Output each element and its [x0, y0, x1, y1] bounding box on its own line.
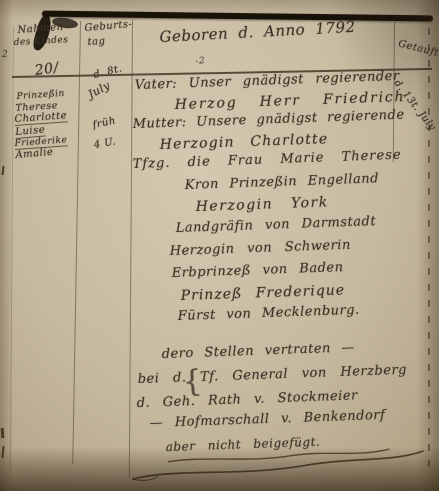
col2-divider-rule [129, 20, 133, 478]
record-line: dero Stellen vertraten — [161, 340, 355, 362]
record-line: Erbprinzeß von Baden [171, 260, 343, 281]
birth-date-line: d. 8t. [92, 63, 123, 81]
col-header-child-name-line1: Nahmen- [17, 22, 68, 36]
col1-divider-rule [72, 21, 81, 464]
col-header-birthday-line2: tag [87, 36, 106, 48]
child-name-line: Charlotte [14, 110, 67, 126]
register-page-scan: Nahmen- des Kindes Geburts- tag Geboren … [0, 0, 439, 491]
table-right-rule [428, 28, 430, 470]
baptism-date: d. 13t. July [391, 78, 437, 133]
col-header-baptized: Getauft [397, 38, 439, 59]
margin-number-mark: 2 [2, 50, 8, 60]
header-annotation-mark: -2 [195, 56, 206, 67]
record-line: Kron Prinzeßin Engelland [184, 171, 379, 193]
record-line: bei d. Tf. General von Herzberg [137, 363, 407, 387]
record-line: Herzogin Charlotte [159, 131, 328, 153]
margin-tick [1, 428, 5, 438]
margin-tick [2, 166, 5, 175]
entry-number: 20/ [34, 60, 60, 79]
child-name-line: Prinzeßin [16, 89, 65, 102]
margin-tick [1, 446, 4, 458]
record-line: Herzogin York [195, 194, 329, 215]
record-line: — Hofmarschall v. Benkendorf [149, 408, 385, 431]
col-header-birthday-line1: Geburts- [84, 19, 133, 34]
col-header-child-name-line2: des Kindes [13, 35, 68, 48]
table-left-rule [10, 26, 14, 471]
record-line: Mutter: Unsere gnädigst regierende [132, 108, 404, 132]
child-name-line: Amalie [15, 147, 54, 161]
record-line: Herzogin von Schwerin [169, 238, 351, 259]
record-line: Prinzeß Frederique [180, 282, 345, 304]
record-line: Fürst von Mecklenburg. [177, 303, 359, 324]
table-title-year: Geboren d. Anno 1792 [159, 18, 356, 46]
record-line: d. Geh. Rath v. Stockmeier [136, 388, 358, 411]
record-line: Landgräfin von Darmstadt [175, 214, 376, 236]
table-top-border [42, 11, 433, 22]
birth-date-line: früh [92, 115, 117, 131]
birth-date-line: July [86, 79, 113, 101]
birth-date-line: 4 U. [93, 136, 117, 151]
